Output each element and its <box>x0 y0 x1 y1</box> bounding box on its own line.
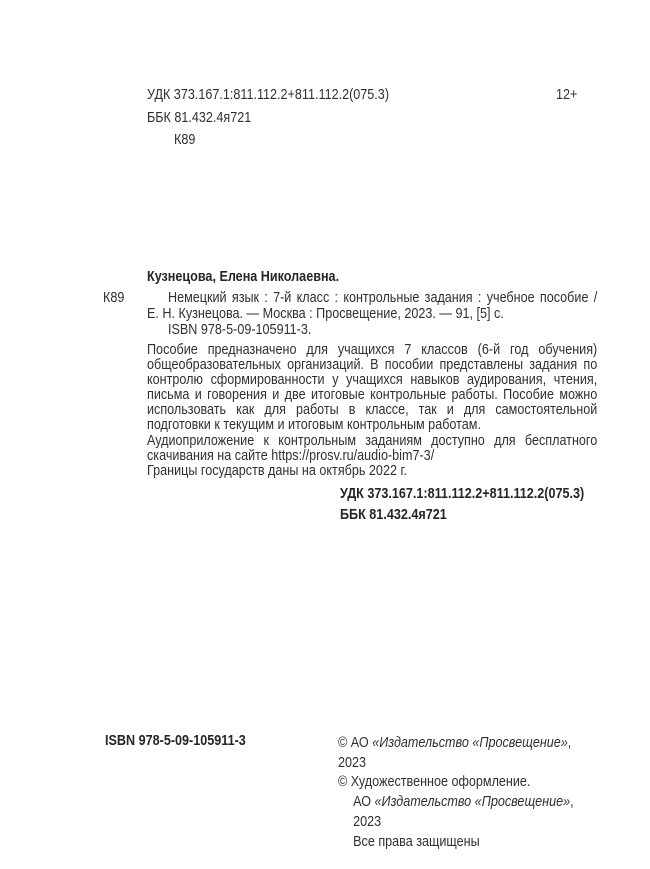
udc-code-bottom: УДК 373.167.1:811.112.2+811.112.2(075.3) <box>340 483 584 504</box>
catalog-title-line: Немецкий язык : 7-й класс : контрольные … <box>147 290 597 306</box>
publisher-name-2: «Издательство «Просвещение» <box>375 793 571 810</box>
publisher-name: «Издательство «Просвещение» <box>372 734 568 751</box>
annotation-paragraph-audio: Аудиоприложение к контрольным заданиям д… <box>147 433 597 463</box>
catalog-margin-code: К89 <box>103 290 124 306</box>
copyright-block: © АО «Издательство «Просвещение», 2023 ©… <box>338 733 600 851</box>
copyright-line-design: © Художественное оформление. <box>338 772 600 792</box>
catalog-isbn-line: ISBN 978-5-09-105911-3. <box>168 322 311 338</box>
publisher-prefix: АО <box>353 793 374 810</box>
author-sign-top: К89 <box>174 132 195 148</box>
isbn-footer: ISBN 978-5-09-105911-3 <box>105 733 246 749</box>
bbk-code-bottom: ББК 81.432.4я721 <box>340 504 584 525</box>
copyright-line-publisher: © АО «Издательство «Просвещение», 2023 <box>338 733 600 772</box>
copyright-line-publisher-2: АО «Издательство «Просвещение», 2023 <box>338 792 600 831</box>
codes-bottom-block: УДК 373.167.1:811.112.2+811.112.2(075.3)… <box>340 483 584 525</box>
copyright-symbol: © АО <box>338 734 372 751</box>
annotation-block: Пособие предназначено для учащихся 7 кла… <box>147 342 597 478</box>
annotation-paragraph-audience: Пособие предназначено для учащихся 7 кла… <box>147 342 597 433</box>
udc-code-top: УДК 373.167.1:811.112.2+811.112.2(075.3) <box>147 87 389 103</box>
age-rating-badge: 12+ <box>556 87 577 103</box>
catalog-author-heading: Кузнецова, Елена Николаевна. <box>147 269 339 285</box>
annotation-paragraph-borders: Границы государств даны на октябрь 2022 … <box>147 463 597 478</box>
rights-reserved-line: Все права защищены <box>338 832 600 852</box>
bbk-code-top: ББК 81.432.4я721 <box>147 110 251 126</box>
book-imprint-page: УДК 373.167.1:811.112.2+811.112.2(075.3)… <box>0 0 650 869</box>
catalog-imprint-line: Е. Н. Кузнецова. — Москва : Просвещение,… <box>147 306 504 322</box>
